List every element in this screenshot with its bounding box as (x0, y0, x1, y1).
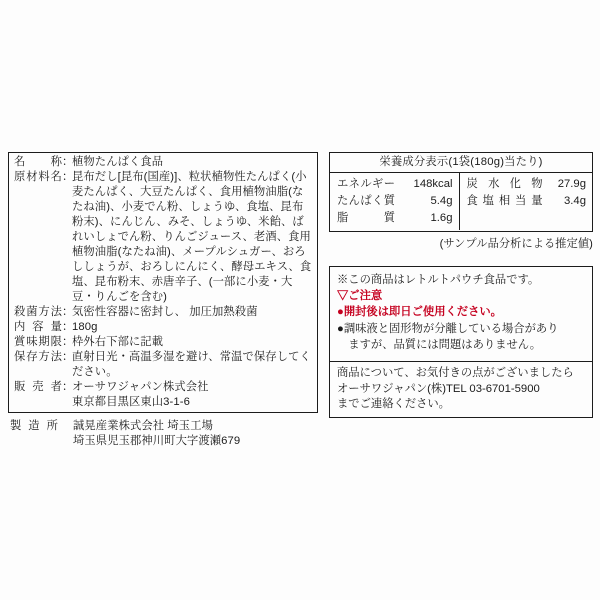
manufacturer-value: 誠晃産業株式会社 埼玉工場 埼玉県児玉郡神川町大字渡瀬679 (73, 419, 240, 449)
nutrition-value: 3.4g (564, 193, 586, 210)
caution-item-separation: ●調味液と固形物が分離している場合があり ますが、品質には問題はありません。 (337, 321, 587, 353)
nutrition-title: 栄養成分表示(1袋(180g)当たり) (330, 153, 592, 173)
caution-item-use-immediately: ●開封後は即日ご使用ください。 (337, 304, 587, 320)
nutrition-row-protein: たんぱく質 5.4g (337, 193, 453, 210)
field-value: 昆布だし[昆布(国産)]、粒状植物性たんぱく(小麦たんぱく、大豆たんぱく、食用植… (72, 170, 313, 305)
nutrition-body: エネルギー 148kcal たんぱく質 5.4g 脂質 1.6g 炭水化物 27… (330, 173, 592, 230)
field-row-seller: 販売者 ： オーサワジャパン株式会社 東京都目黒区東山3-1-6 (14, 380, 313, 410)
field-colon: ： (62, 335, 72, 350)
manufacturer-row: 製造所 誠晃産業株式会社 埼玉工場 埼玉県児玉郡神川町大字渡瀬679 (10, 419, 322, 449)
field-label: 保存方法 (14, 350, 62, 365)
nutrition-value: 5.4g (431, 193, 453, 210)
contact-info: 商品について、お気付きの点がございましたら オーサワジャパン(株)TEL 03-… (330, 362, 592, 413)
field-row-best-before: 賞味期限 ： 枠外右下部に記載 (14, 335, 313, 350)
field-label: 販売者 (14, 380, 62, 395)
nutrition-row-fat: 脂質 1.6g (337, 210, 453, 227)
nutrition-value: 27.9g (558, 176, 586, 193)
field-value: 気密性容器に密封し、 加圧加熱殺菌 (72, 305, 313, 320)
product-label: 名称 ： 植物たんぱく食品 原材料名 ： 昆布だし[昆布(国産)]、粒状植物性た… (0, 0, 600, 600)
nutrition-label: 食塩相当量 (467, 193, 543, 210)
nutrition-value: 148kcal (414, 176, 453, 193)
nutrition-column-left: エネルギー 148kcal たんぱく質 5.4g 脂質 1.6g (330, 173, 460, 230)
caution-heading: ▽ご注意 (337, 288, 587, 304)
field-row-sterilization: 殺菌方法 ： 気密性容器に密封し、 加圧加熱殺菌 (14, 305, 313, 320)
nutrition-column-right: 炭水化物 27.9g 食塩相当量 3.4g (460, 173, 593, 230)
field-value: 植物たんぱく食品 (72, 155, 313, 170)
retort-note: ※この商品はレトルトパウチ食品です。 (337, 272, 587, 288)
field-value: オーサワジャパン株式会社 東京都目黒区東山3-1-6 (72, 380, 313, 410)
nutrition-label: エネルギー (337, 176, 395, 193)
field-label: 殺菌方法 (14, 305, 62, 320)
field-label: 賞味期限 (14, 335, 62, 350)
field-label: 名称 (14, 155, 62, 170)
field-value: 180g (72, 320, 313, 335)
field-colon: ： (62, 320, 72, 335)
product-info-box: 名称 ： 植物たんぱく食品 原材料名 ： 昆布だし[昆布(国産)]、粒状植物性た… (8, 152, 318, 413)
notes-box: ※この商品はレトルトパウチ食品です。 ▽ご注意 ●開封後は即日ご使用ください。 … (329, 266, 593, 418)
nutrition-box: 栄養成分表示(1袋(180g)当たり) エネルギー 148kcal たんぱく質 … (329, 152, 593, 232)
nutrition-estimate-note: (サンプル品分析による推定値) (329, 235, 593, 251)
nutrition-label: 炭水化物 (467, 176, 543, 193)
field-colon: ： (62, 350, 72, 365)
field-row-storage: 保存方法 ： 直射日光・高温多湿を避け、常温で保存してください。 (14, 350, 313, 380)
field-value: 枠外右下部に記載 (72, 335, 313, 350)
manufacturer-label: 製造所 (10, 419, 58, 449)
field-label: 原材料名 (14, 170, 62, 185)
caution-section: ※この商品はレトルトパウチ食品です。 ▽ご注意 ●開封後は即日ご使用ください。 … (330, 267, 592, 362)
field-colon: ： (62, 305, 72, 320)
field-row-name: 名称 ： 植物たんぱく食品 (14, 155, 313, 170)
nutrition-label: 脂質 (337, 210, 395, 227)
field-row-net-content: 内容量 ： 180g (14, 320, 313, 335)
field-label: 内容量 (14, 320, 62, 335)
nutrition-row-carbs: 炭水化物 27.9g (467, 176, 587, 193)
nutrition-label: たんぱく質 (337, 193, 395, 210)
nutrition-value: 1.6g (431, 210, 453, 227)
nutrition-row-salt: 食塩相当量 3.4g (467, 193, 587, 210)
field-colon: ： (62, 170, 72, 185)
field-colon: ： (62, 380, 72, 395)
field-value: 直射日光・高温多湿を避け、常温で保存してください。 (72, 350, 313, 380)
nutrition-row-energy: エネルギー 148kcal (337, 176, 453, 193)
field-colon: ： (62, 155, 72, 170)
field-row-ingredients: 原材料名 ： 昆布だし[昆布(国産)]、粒状植物性たんぱく(小麦たんぱく、大豆た… (14, 170, 313, 305)
